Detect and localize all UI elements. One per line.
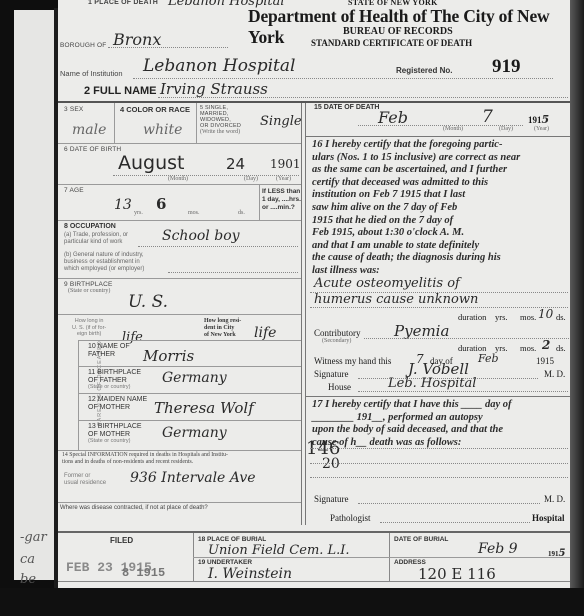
ny-residence-value: life: [254, 325, 276, 341]
registered-label: Registered No.: [396, 66, 452, 75]
death-date-label: 15 DATE OF DEATH: [314, 104, 379, 111]
duration-months: 10: [538, 307, 553, 321]
filed-label: FILED: [110, 536, 133, 545]
page-edge-shadow: [570, 0, 584, 600]
autopsy-note-2: 20: [322, 456, 340, 472]
former-residence-label: Former or usual residence: [64, 473, 106, 487]
contributory-label: Contributory: [314, 328, 361, 338]
place-of-death-label: 1 PLACE OF DEATH: [88, 0, 158, 6]
undertaker-label: 19 UNDERTAKER: [198, 559, 252, 566]
ny-residence-label: How long resi- dent in City of New York: [204, 318, 241, 339]
certification-text: 16 I hereby certify that the foregoing p…: [312, 139, 574, 278]
burial-place: Union Field Cem. L.I.: [208, 543, 350, 558]
mother-name: Theresa Wolf: [154, 399, 254, 417]
former-residence-value: 936 Intervale Ave: [130, 470, 256, 486]
autopsy-signature-label: Signature: [314, 494, 349, 504]
birthplace-value: U. S.: [128, 292, 168, 312]
dob-day: 24: [226, 155, 245, 173]
bureau-title: BUREAU OF RECORDS: [343, 26, 453, 37]
death-certificate: STATE OF NEW YORK 1 PLACE OF DEATH Leban…: [58, 0, 574, 588]
contributory-duration: 2: [542, 338, 550, 352]
scan-border: [0, 588, 584, 616]
occupation-label: 8 OCCUPATION: [64, 223, 116, 230]
margin-note: ca: [20, 552, 35, 567]
father-name-label: 10 NAME OF FATHER: [88, 343, 130, 358]
left-page-margin: -gar ca be: [14, 10, 56, 580]
witness-label: Witness my hand this: [314, 356, 391, 366]
house-value: Leb. Hospital: [388, 376, 476, 391]
autopsy-text: 17 I hereby certify that I have this ___…: [312, 399, 574, 449]
father-name: Morris: [143, 347, 194, 365]
margin-note: -gar: [20, 530, 47, 545]
occupation-a-value: School boy: [162, 228, 240, 244]
dob-label: 6 DATE OF BIRTH: [64, 146, 121, 153]
diagnosis-line-2: humerus cause unknown: [314, 292, 478, 307]
filed-stamp-overlay: 8 1915: [122, 566, 165, 580]
institution-value: Lebanon Hospital: [143, 56, 295, 76]
pathologist-label: Pathologist: [330, 513, 371, 523]
margin-note: be: [20, 572, 36, 587]
dob-year: 1901: [270, 157, 301, 171]
house-label: House: [328, 382, 351, 392]
mother-birthplace-label: 13 BIRTHPLACE OF MOTHER (State or countr…: [88, 423, 142, 446]
marital-label: 5 SINGLE, MARRIED, WIDOWED, OR DIVORCED …: [200, 105, 241, 135]
father-birthplace-label: 11 BIRTHPLACE OF FATHER (State or countr…: [88, 369, 141, 392]
signature-label: Signature: [314, 369, 349, 379]
age-label: 7 AGE: [64, 187, 84, 194]
color-label: 4 COLOR OR RACE: [120, 105, 190, 114]
color-value: white: [143, 122, 182, 138]
sex-label: 3 SEX: [64, 106, 83, 113]
institution-label: Name of Institution: [60, 69, 123, 78]
death-year: 1915: [528, 113, 549, 126]
occupation-b-label: (b) General nature of industry, business…: [64, 252, 144, 273]
full-name-label: 2 FULL NAME: [84, 85, 157, 97]
witness-year: 1915: [536, 356, 554, 366]
borough-label: BOROUGH OF: [60, 42, 106, 49]
duration-label: duration: [458, 312, 486, 322]
birthplace-label: 9 BIRTHPLACE: [64, 281, 113, 288]
less-than-day-label: If LESS than 1 day, ....hrs. or ....min.…: [262, 188, 301, 212]
burial-date: Feb 9: [478, 541, 518, 557]
mother-name-label: 12 MAIDEN NAME OF MOTHER: [88, 396, 147, 411]
death-day: 7: [482, 107, 493, 127]
disease-contracted-label: Where was disease contracted, if not at …: [60, 505, 208, 511]
father-birthplace: Germany: [162, 370, 227, 386]
mother-birthplace: Germany: [162, 425, 227, 441]
age-months: 6: [156, 195, 166, 213]
age-years: 13: [114, 197, 132, 213]
dob-month: August: [118, 152, 185, 174]
sex-value: male: [72, 122, 106, 138]
registered-number: 919: [492, 56, 521, 78]
witness-month: Feb: [478, 352, 499, 365]
burial-date-label: DATE OF BURIAL: [394, 536, 448, 543]
special-info-note: 14 Special INFORMATION required in death…: [62, 452, 228, 466]
hospital-label: Hospital: [532, 513, 565, 523]
occupation-a-label: (a) Trade, profession, or particular kin…: [64, 232, 128, 246]
certificate-type: STANDARD CERTIFICATE OF DEATH: [311, 38, 472, 48]
burial-place-label: 18 PLACE OF BURIAL: [198, 536, 266, 543]
undertaker: I. Weinstein: [208, 566, 292, 582]
full-name-value: Irving Strauss: [160, 80, 268, 98]
marital-value: Single: [260, 114, 302, 129]
diagnosis-line-1: Acute osteomyelitis of: [314, 276, 460, 291]
